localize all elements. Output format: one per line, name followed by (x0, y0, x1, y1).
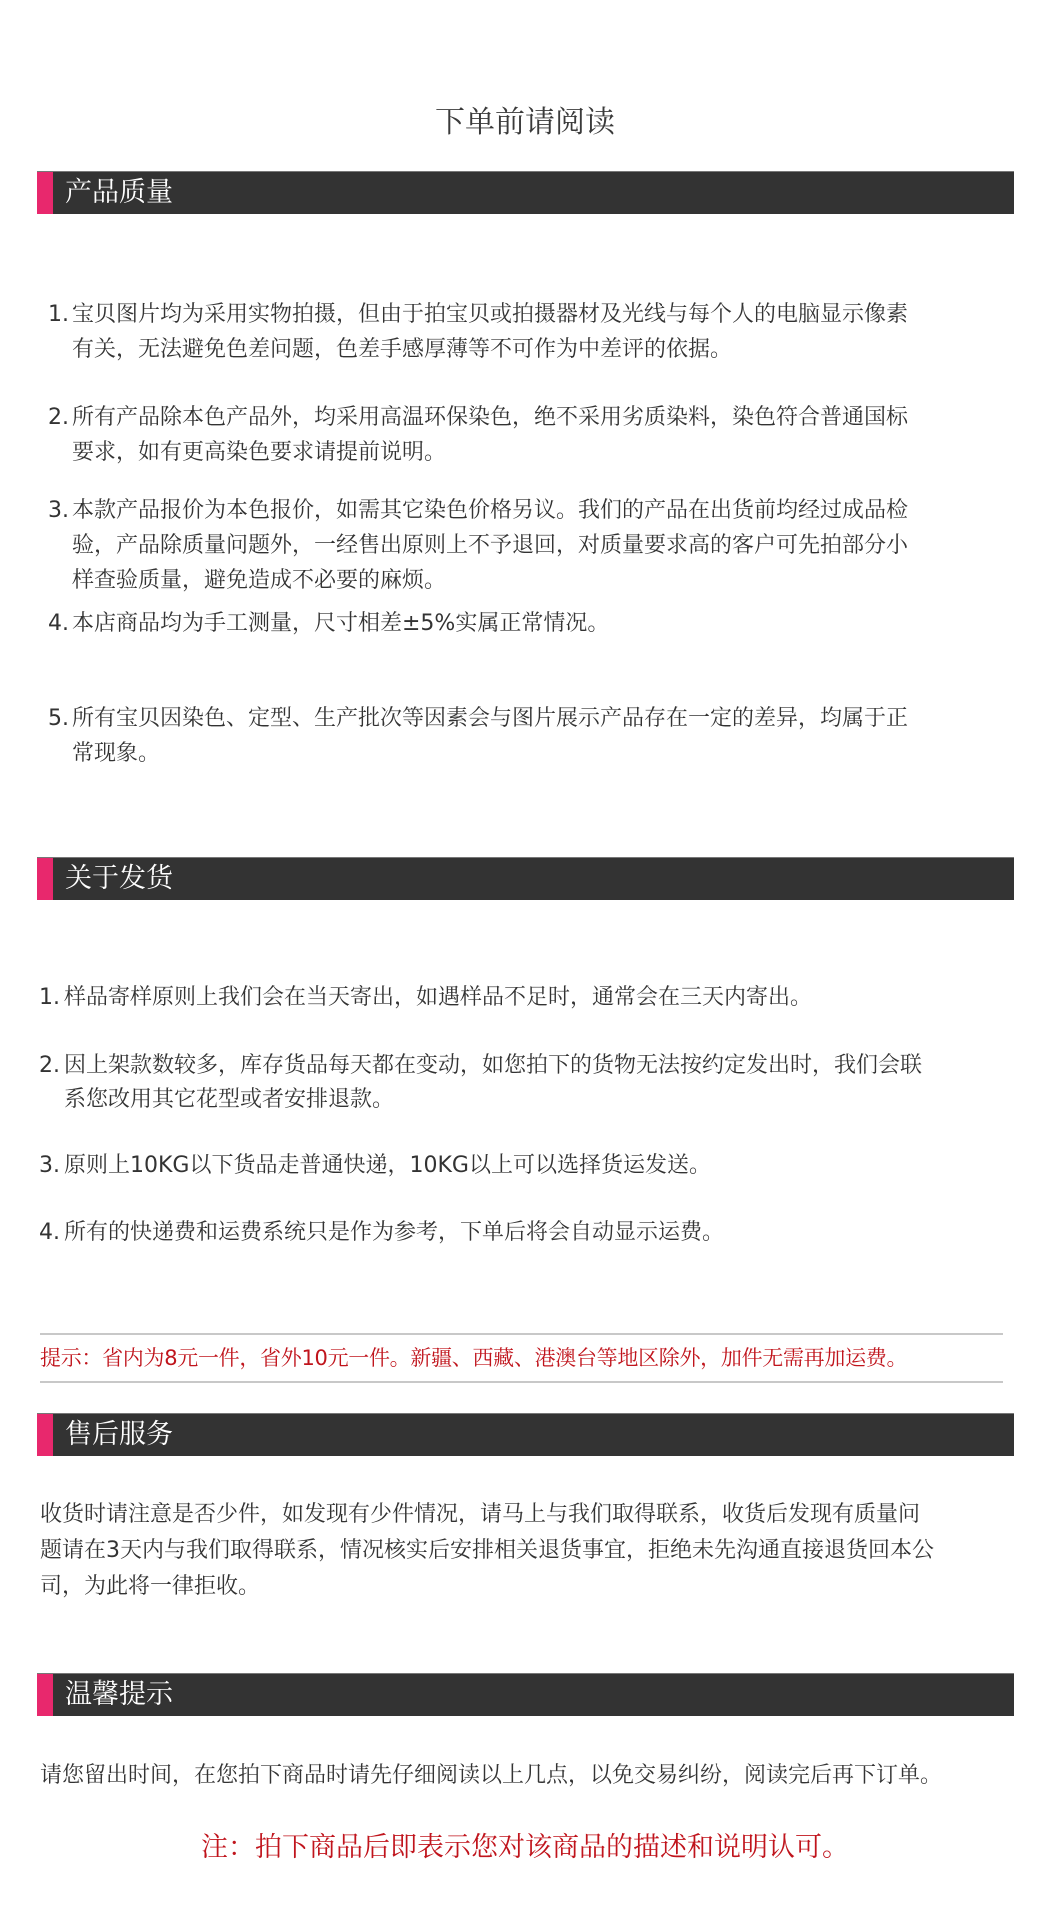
divider (40, 1333, 1003, 1335)
paragraph-line: 收货时请注意是否少件，如发现有少件情况，请马上与我们取得联系，收货后发现有质量问 (40, 1497, 920, 1532)
section-header-after-sale: 售后服务 (37, 1413, 1014, 1456)
item-number: 5. (48, 701, 69, 736)
item-number: 3. (48, 493, 69, 528)
section-title: 产品质量 (65, 172, 173, 214)
item-number: 4. (39, 1215, 60, 1250)
item-line: 原则上10KG以下货品走普通快递，10KG以上可以选择货运发送。 (64, 1148, 711, 1183)
item-number: 1. (39, 980, 60, 1015)
section-header-shipping: 关于发货 (37, 857, 1014, 900)
accent-stripe (37, 858, 53, 900)
shipping-tip: 提示：省内为8元一件，省外10元一件。新疆、西藏、港澳台等地区除外，加件无需再加… (40, 1342, 907, 1374)
item-line: 样品寄样原则上我们会在当天寄出，如遇样品不足时，通常会在三天内寄出。 (64, 980, 812, 1015)
paragraph-line: 请您留出时间，在您拍下商品时请先仔细阅读以上几点，以免交易纠纷，阅读完后再下订单… (40, 1758, 942, 1793)
item-number: 1. (48, 297, 69, 332)
item-line: 本款产品报价为本色报价，如需其它染色价格另议。我们的产品在出货前均经过成品检 (72, 493, 908, 528)
section-title: 关于发货 (65, 858, 173, 900)
item-line: 所有产品除本色产品外，均采用高温环保染色，绝不采用劣质染料，染色符合普通国标 (72, 400, 908, 435)
item-line: 系您改用其它花型或者安排退款。 (64, 1082, 394, 1117)
section-title: 售后服务 (65, 1414, 173, 1456)
item-line: 要求，如有更高染色要求请提前说明。 (72, 435, 446, 470)
accent-stripe (37, 1674, 53, 1716)
section-header-warm-tips: 温馨提示 (37, 1673, 1014, 1716)
item-line: 宝贝图片均为采用实物拍摄，但由于拍宝贝或拍摄器材及光线与每个人的电脑显示像素 (72, 297, 908, 332)
item-number: 3. (39, 1148, 60, 1183)
section-header-quality: 产品质量 (37, 171, 1014, 214)
item-line: 所有的快递费和运费系统只是作为参考，下单后将会自动显示运费。 (64, 1215, 724, 1250)
item-line: 常现象。 (72, 736, 160, 771)
item-number: 2. (39, 1048, 60, 1083)
item-number: 4. (48, 606, 69, 641)
item-line: 有关，无法避免色差问题，色差手感厚薄等不可作为中差评的依据。 (72, 332, 732, 367)
item-line: 本店商品均为手工测量，尺寸相差±5%实属正常情况。 (72, 606, 609, 641)
disclaimer-note: 注：拍下商品后即表示您对该商品的描述和说明认可。 (0, 1828, 1050, 1868)
item-line: 验，产品除质量问题外，一经售出原则上不予退回，对质量要求高的客户可先拍部分小 (72, 528, 908, 563)
item-number: 2. (48, 400, 69, 435)
accent-stripe (37, 1414, 53, 1456)
divider (40, 1381, 1003, 1383)
paragraph-line: 司，为此将一律拒收。 (40, 1569, 260, 1604)
item-line: 因上架款数较多，库存货品每天都在变动，如您拍下的货物无法按约定发出时，我们会联 (64, 1048, 922, 1083)
paragraph-line: 题请在3天内与我们取得联系，情况核实后安排相关退货事宜，拒绝未先沟通直接退货回本… (40, 1533, 934, 1568)
section-title: 温馨提示 (65, 1674, 173, 1716)
item-line: 所有宝贝因染色、定型、生产批次等因素会与图片展示产品存在一定的差异，均属于正 (72, 701, 908, 736)
page-title: 下单前请阅读 (0, 103, 1050, 143)
item-line: 样查验质量，避免造成不必要的麻烦。 (72, 563, 446, 598)
accent-stripe (37, 172, 53, 214)
